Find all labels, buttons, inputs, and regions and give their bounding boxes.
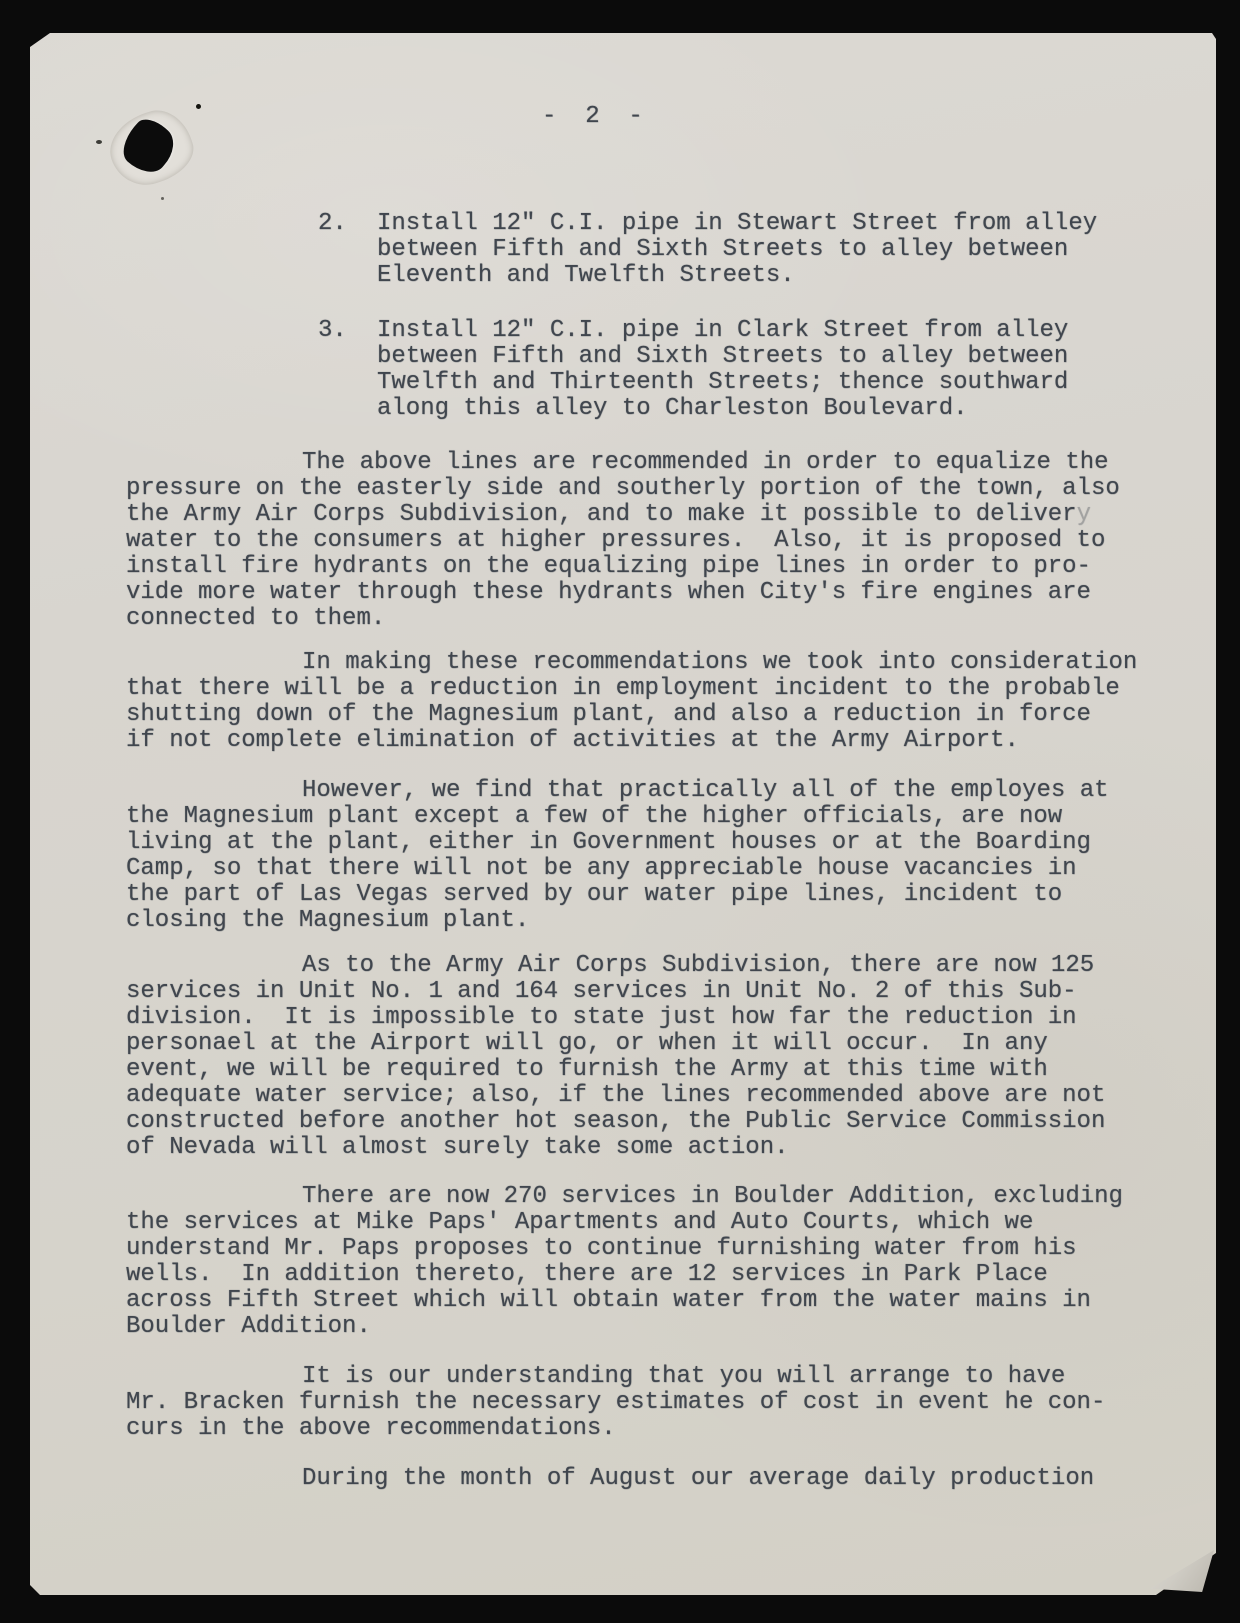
typed-line: shutting down of the Magnesium plant, an…	[126, 702, 1171, 728]
list-item-2: 2. Install 12" C.I. pipe in Stewart Stre…	[377, 211, 1157, 289]
typed-line: There are now 270 services in Boulder Ad…	[126, 1184, 1171, 1210]
paper-speck	[196, 104, 201, 109]
page-number-header: - 2 -	[542, 104, 643, 130]
typed-line: event, we will be required to furnish th…	[126, 1057, 1171, 1083]
typed-line: constructed before another hot season, t…	[126, 1109, 1171, 1135]
typed-line: However, we find that practically all of…	[126, 778, 1171, 804]
typed-line: personael at the Airport will go, or whe…	[126, 1031, 1171, 1057]
paragraph-3: However, we find that practically all of…	[126, 778, 1171, 934]
typed-line: pressure on the easterly side and southe…	[126, 476, 1171, 502]
paper-speck	[161, 197, 164, 200]
torn-hole-opening	[114, 112, 183, 181]
list-item-number: 2.	[318, 211, 347, 237]
typed-line: Eleventh and Twelfth Streets.	[377, 263, 1157, 289]
typed-line: In making these recommendations we took …	[126, 650, 1171, 676]
typed-line: the part of Las Vegas served by our wate…	[126, 882, 1171, 908]
typed-line: adequate water service; also, if the lin…	[126, 1083, 1171, 1109]
typed-line: Twelfth and Thirteenth Streets; thence s…	[377, 370, 1157, 396]
typed-line: wells. In addition thereto, there are 12…	[126, 1262, 1171, 1288]
paragraph-1: The above lines are recommended in order…	[126, 450, 1171, 632]
torn-hole	[101, 102, 201, 194]
typed-line: The above lines are recommended in order…	[126, 450, 1171, 476]
typed-line: It is our understanding that you will ar…	[126, 1364, 1171, 1390]
typed-line-text: the Army Air Corps Subdivision, and to m…	[126, 501, 1077, 528]
typed-line: Install 12" C.I. pipe in Stewart Street …	[377, 211, 1157, 237]
typed-line: closing the Magnesium plant.	[126, 908, 1171, 934]
paragraph-4: As to the Army Air Corps Subdivision, th…	[126, 953, 1171, 1161]
typed-line: Boulder Addition.	[126, 1314, 1171, 1340]
typed-line: install fire hydrants on the equalizing …	[126, 554, 1171, 580]
typed-line: As to the Army Air Corps Subdivision, th…	[126, 953, 1171, 979]
typed-line: between Fifth and Sixth Streets to alley…	[377, 237, 1157, 263]
typed-line: across Fifth Street which will obtain wa…	[126, 1288, 1171, 1314]
typed-line: Mr. Bracken furnish the necessary estima…	[126, 1390, 1171, 1416]
typed-line: During the month of August our average d…	[126, 1466, 1171, 1492]
paragraph-7: During the month of August our average d…	[126, 1466, 1171, 1492]
page-sheet: - 2 - 2. Install 12" C.I. pipe in Stewar…	[30, 33, 1216, 1595]
list-item-number: 3.	[318, 318, 347, 344]
paragraph-5: There are now 270 services in Boulder Ad…	[126, 1184, 1171, 1340]
typed-line: between Fifth and Sixth Streets to alley…	[377, 344, 1157, 370]
typed-line: living at the plant, either in Governmen…	[126, 830, 1171, 856]
typed-line: services in Unit No. 1 and 164 services …	[126, 979, 1171, 1005]
paragraph-6: It is our understanding that you will ar…	[126, 1364, 1171, 1442]
typed-line: that there will be a reduction in employ…	[126, 676, 1171, 702]
typed-line: the services at Mike Paps' Apartments an…	[126, 1210, 1171, 1236]
typed-line: curs in the above recommendations.	[126, 1416, 1171, 1442]
paper-speck	[96, 140, 102, 144]
paragraph-2: In making these recommendations we took …	[126, 650, 1171, 754]
typed-line: along this alley to Charleston Boulevard…	[377, 396, 1157, 422]
typed-line-faint-text: y	[1077, 501, 1091, 528]
typed-line: water to the consumers at higher pressur…	[126, 528, 1171, 554]
list-item-3: 3. Install 12" C.I. pipe in Clark Street…	[377, 318, 1157, 422]
typed-line: understand Mr. Paps proposes to continue…	[126, 1236, 1171, 1262]
typed-line: of Nevada will almost surely take some a…	[126, 1135, 1171, 1161]
typed-line: Camp, so that there will not be any appr…	[126, 856, 1171, 882]
typed-line: if not complete elimination of activitie…	[126, 728, 1171, 754]
typed-line: Install 12" C.I. pipe in Clark Street fr…	[377, 318, 1157, 344]
typed-line: connected to them.	[126, 606, 1171, 632]
typed-line: vide more water through these hydrants w…	[126, 580, 1171, 606]
typed-line: the Magnesium plant except a few of the …	[126, 804, 1171, 830]
typed-line: division. It is impossible to state just…	[126, 1005, 1171, 1031]
typed-line: the Army Air Corps Subdivision, and to m…	[126, 502, 1171, 528]
